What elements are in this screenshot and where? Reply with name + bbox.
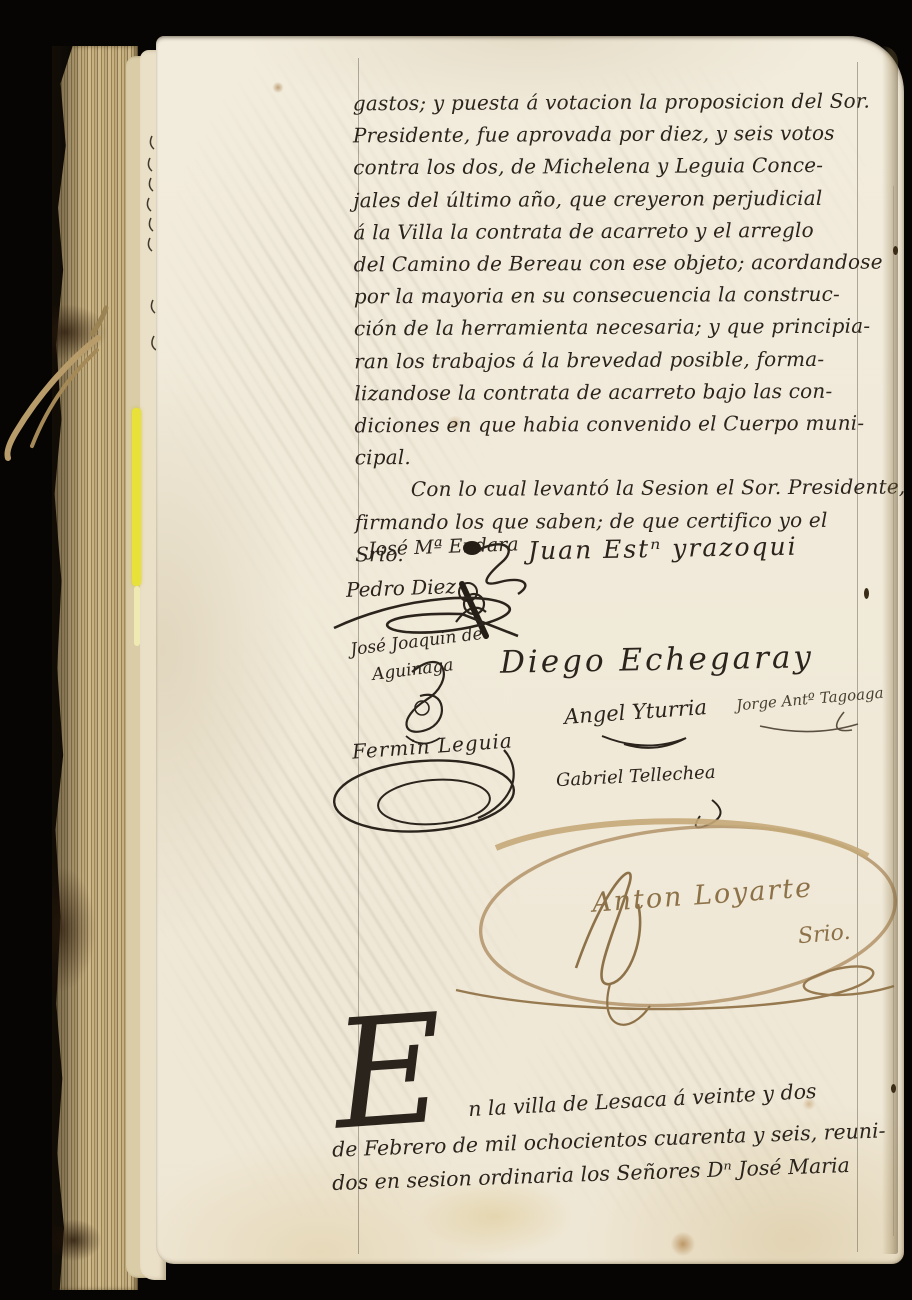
manuscript-line: gastos; y puesta á votacion la proposici… bbox=[353, 85, 859, 120]
manuscript-page: gastos; y puesta á votacion la proposici… bbox=[156, 36, 904, 1264]
signature-yrazoqui: Juan Estⁿ yrazoqui bbox=[528, 532, 798, 566]
manuscript-line: del Camino de Bereau con ese objeto; aco… bbox=[354, 246, 860, 281]
scanned-manuscript-page: gastos; y puesta á votacion la proposici… bbox=[0, 0, 912, 1300]
stain-spot bbox=[670, 1232, 696, 1256]
signature-diez: Pedro Diez bbox=[346, 574, 457, 602]
signature-secretary: Anton Loyarte bbox=[591, 872, 814, 918]
edge-speck bbox=[864, 588, 869, 599]
edge-speck bbox=[893, 246, 898, 255]
signature-secretary-title: Srio. bbox=[797, 920, 851, 949]
manuscript-line: lizandose la contrata de acarreto bajo l… bbox=[354, 375, 860, 410]
signature-leguia: Fermin Leguia bbox=[351, 728, 513, 763]
yellow-bookmark-edge bbox=[132, 408, 141, 586]
minutes-text-block: gastos; y puesta á votacion la proposici… bbox=[353, 85, 862, 571]
manuscript-line: contra los dos, de Michelena y Leguia Co… bbox=[353, 149, 859, 184]
manuscript-line: cipal. bbox=[355, 439, 861, 474]
signature-tellechea: Gabriel Tellechea bbox=[556, 762, 716, 791]
yellow-bookmark-edge-lower bbox=[134, 586, 140, 646]
tellechea-rubric-icon bbox=[696, 800, 721, 828]
manuscript-line: á la Villa la contrata de acarreto y el … bbox=[353, 213, 859, 248]
right-fold-line bbox=[893, 186, 894, 1236]
manuscript-line: por la mayoria en su consecuencia la con… bbox=[354, 278, 860, 313]
signature-aguinaga-line2: Aguinaga bbox=[371, 655, 454, 685]
manuscript-line: jales del último año, que creyeron perju… bbox=[353, 181, 859, 216]
page-right-edge bbox=[882, 46, 898, 1254]
manuscript-line: ran los trabajos á la brevedad posible, … bbox=[354, 342, 860, 377]
manuscript-line: ción de la herramienta necesaria; y que … bbox=[354, 310, 860, 345]
decorative-initial-E: E bbox=[329, 994, 449, 1151]
signature-aguinaga-line1: José Joaquin de bbox=[349, 624, 483, 660]
stain-spot bbox=[272, 82, 284, 93]
signature-echegaray: Diego Echegaray bbox=[500, 639, 815, 680]
manuscript-line: Presidente, fue aprovada por diez, y sei… bbox=[353, 117, 859, 152]
yturria-rubric-icon bbox=[602, 736, 686, 748]
next-entry-line: dos en sesion ordinaria los Señores Dⁿ J… bbox=[332, 1153, 850, 1195]
signature-tagoaga: Jorge Antº Tagoaga bbox=[735, 684, 884, 715]
next-entry-line: n la villa de Lesaca á veinte y dos bbox=[468, 1079, 817, 1121]
manuscript-line: diciones en que habia convenido el Cuerp… bbox=[354, 407, 860, 442]
edge-speck bbox=[891, 1084, 896, 1093]
signature-yturria: Angel Yturria bbox=[563, 695, 707, 729]
tagoaga-rubric-icon bbox=[760, 712, 858, 732]
secretary-oval-rubric-icon bbox=[456, 810, 903, 1025]
manuscript-line: Con lo cual levantó la Sesion el Sor. Pr… bbox=[355, 471, 861, 506]
